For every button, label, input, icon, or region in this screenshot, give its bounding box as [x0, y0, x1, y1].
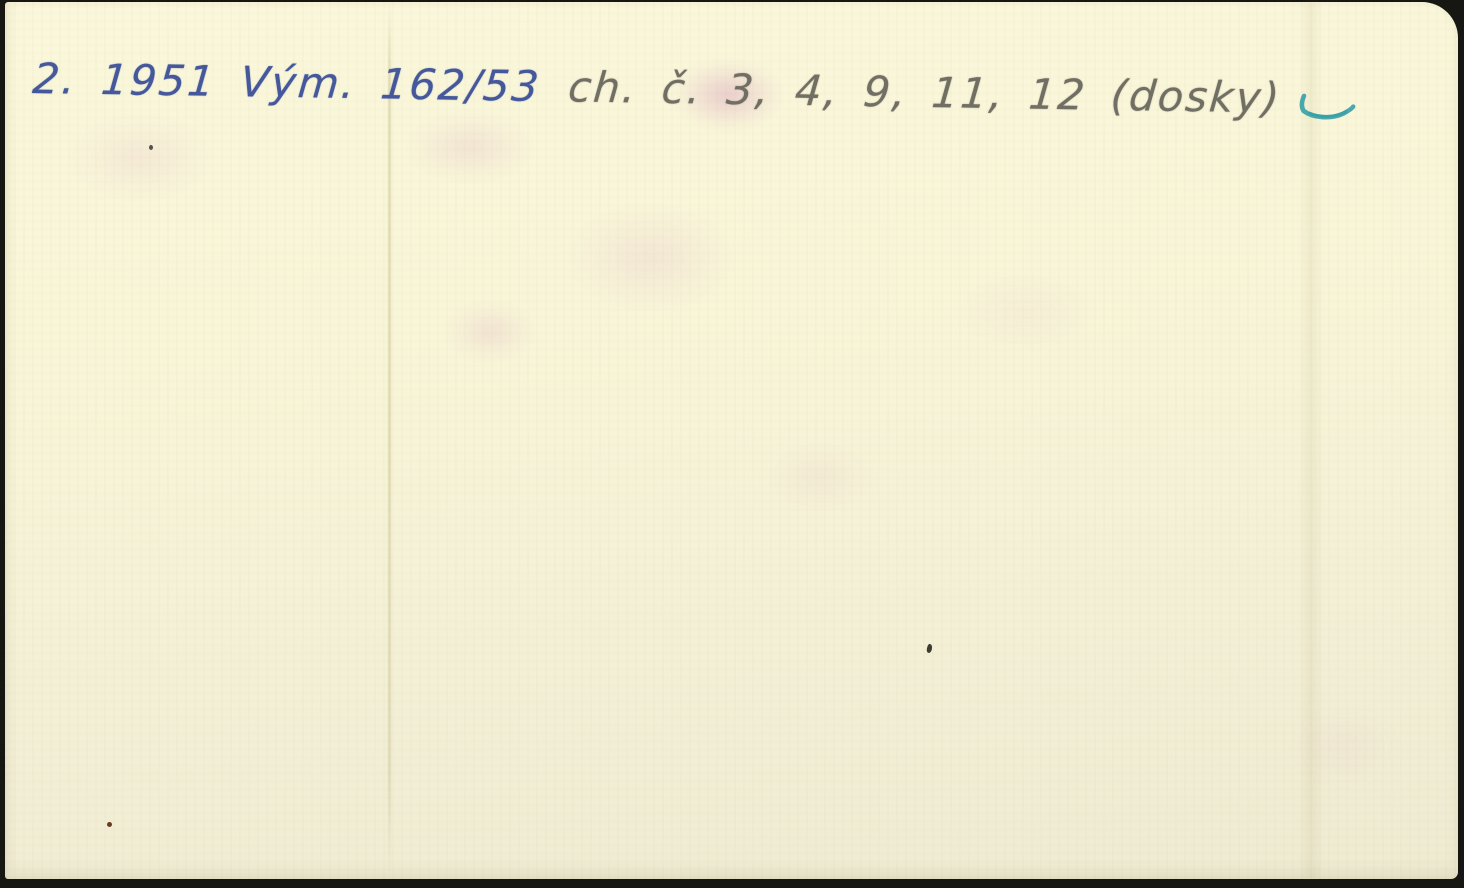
paper-speck [926, 644, 933, 654]
ink-smudge [565, 202, 735, 312]
ink-smudge [955, 272, 1095, 352]
scan-background: 2. 1951 Vým. 162/53 ch. č. 3, 4, 9, 11, … [0, 0, 1464, 888]
ink-smudge [405, 112, 535, 182]
vertical-crease [388, 2, 391, 879]
ink-smudge [65, 112, 215, 202]
teal-checkmark-icon [1295, 91, 1360, 128]
vertical-shading-band [1300, 2, 1322, 879]
paper-texture [5, 2, 1458, 879]
handwritten-ink-text: 2. 1951 Vým. 162/53 [31, 54, 543, 111]
paper-speck [149, 145, 153, 150]
handwriting-line: 2. 1951 Vým. 162/53 ch. č. 3, 4, 9, 11, … [31, 54, 1361, 124]
ink-smudge [765, 442, 875, 512]
handwritten-pencil-text: ch. č. 3, 4, 9, 11, 12 (dosky) [566, 62, 1283, 122]
ink-smudge [445, 302, 535, 362]
index-card: 2. 1951 Vým. 162/53 ch. č. 3, 4, 9, 11, … [5, 2, 1458, 879]
paper-speck [107, 822, 112, 827]
